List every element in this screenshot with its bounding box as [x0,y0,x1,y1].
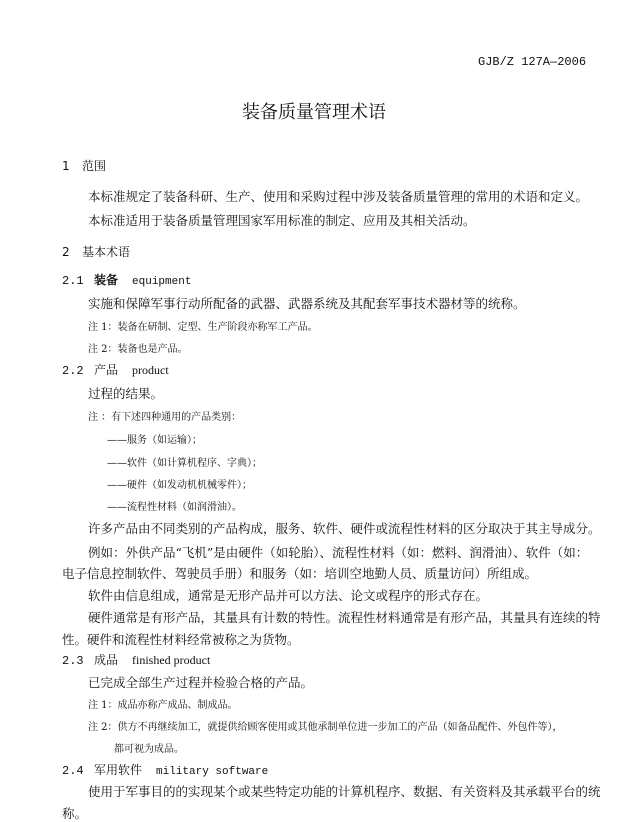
term-heading-equipment: 2.1装备equipment [62,271,191,288]
category-item: ——软件（如计算机程序、字典）； [107,454,262,469]
term-definition-continuation: 称。 [62,804,87,822]
term-en: equipment [132,276,191,288]
term-definition: 已完成全部生产过程并检验合格的产品。 [88,673,313,691]
term-en: finished product [132,653,210,667]
paragraph: 本标准规定了装备科研、生产、使用和采购过程中涉及装备质量管理的常用的术语和定义。 [88,187,588,205]
paragraph: 硬件通常是有形产品，其量具有计数的特性。流程性材料通常是有形产品，其量具有连续的… [88,608,601,626]
term-definition: 实施和保障军事行动所配备的武器、武器系统及其配套军事技术器材等的统称。 [88,294,526,312]
term-note: 注 1：装备在研制、定型、生产阶段亦称军工产品。 [88,318,318,333]
term-note: 注 2：供方不再继续加工，就提供给顾客使用或其他承制单位进一步加工的产品（如备品… [88,718,563,733]
category-item: ——流程性材料（如润滑油）。 [107,498,242,513]
term-en: product [132,363,169,377]
document-title: 装备质量管理术语 [0,98,628,124]
term-note: 注 1：成品亦称产成品、制成品。 [88,696,238,711]
term-number: 2.3 [62,654,94,668]
paragraph: 许多产品由不同类别的产品构成，服务、软件、硬件或流程性材料的区分取决于其主导成分… [88,519,601,537]
term-number: 2.1 [62,274,94,288]
term-heading-military-software: 2.4军用软件military software [62,761,268,778]
term-definition: 过程的结果。 [88,384,163,402]
section-title: 基本术语 [82,245,130,259]
category-item: ——硬件（如发动机机械零件）； [107,476,252,491]
section-title: 范围 [82,159,106,173]
section-heading-scope: 1范围 [62,157,106,174]
standard-code: GJB/Z 127A—2006 [478,55,586,69]
term-en: military software [156,766,268,778]
term-definition: 使用于军事目的的实现某个或某些特定功能的计算机程序、数据、有关资料及其承载平台的… [88,782,601,800]
section-heading-basic-terms: 2基本术语 [62,243,130,260]
section-number: 2 [62,245,82,259]
paragraph: 本标准适用于装备质量管理国家军用标准的制定、应用及其相关活动。 [88,211,476,229]
paragraph-continuation: 性。硬件和流程性材料经常被称之为货物。 [62,630,300,648]
category-item: ——服务（如运输）； [107,431,202,446]
term-zh: 装备 [94,273,118,287]
term-heading-product: 2.2产品product [62,361,169,378]
term-zh: 成品 [94,653,118,667]
paragraph: 例如：外供产品“飞机”是由硬件（如轮胎）、流程性材料（如：燃料、润滑油）、软件（… [88,543,588,561]
paragraph-continuation: 电子信息控制软件、驾驶员手册）和服务（如：培训空地勤人员、质量访问）所组成。 [62,564,537,582]
term-note: 注 ：有下述四种通用的产品类别： [88,408,241,423]
paragraph: 软件由信息组成，通常是无形产品并可以方法、论文或程序的形式存在。 [88,586,488,604]
term-zh: 军用软件 [94,763,142,777]
term-zh: 产品 [94,363,118,377]
term-note-continuation: 都可视为成品。 [114,740,184,755]
term-number: 2.2 [62,364,94,378]
section-number: 1 [62,159,82,173]
term-number: 2.4 [62,764,94,778]
term-note: 注 2：装备也是产品。 [88,340,188,355]
term-heading-finished-product: 2.3成品finished product [62,651,210,668]
